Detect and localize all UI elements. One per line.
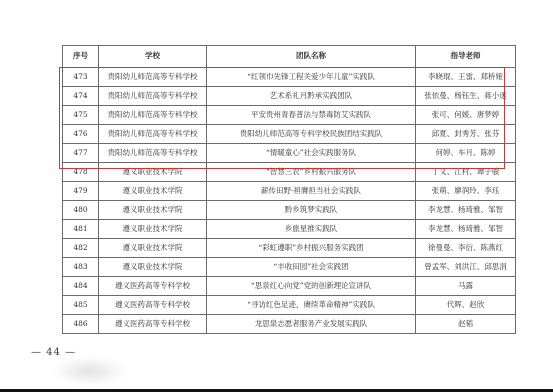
- cell-advisors: 徐曼曼、李衍、陈燕红: [416, 239, 516, 258]
- cell-team: “寻访红色足迹，赓续革命精神”实践队: [207, 296, 416, 315]
- cell-advisors: 马露: [416, 277, 516, 296]
- cell-number: 477: [63, 144, 99, 163]
- cell-team: 贵阳幼儿师范高等专科学校民族团结实践队: [207, 125, 416, 144]
- cell-advisors: 丁义、江村、谭子骏: [416, 163, 516, 182]
- cell-school: 遵义医药高等专科学校: [99, 315, 207, 334]
- table-row: 475 贵阳幼儿师范高等专科学校 平安贵州青春普法与禁毒防艾实践队 张可、何媛、…: [63, 106, 516, 125]
- cell-team: 黔乡筑梦实践队: [207, 201, 416, 220]
- cell-number: 476: [63, 125, 99, 144]
- cell-advisors: 张萌、廖润玲、李珏: [416, 182, 516, 201]
- cell-team: “智慧三农”乡村振兴服务队: [207, 163, 416, 182]
- cell-school: 遵义职业技术学院: [99, 201, 207, 220]
- table-row: 477 贵阳幼儿师范高等专科学校 “情暖童心”社会实践服务队 何婷、车月、陈婷: [63, 144, 516, 163]
- cell-school: 遵义医药高等专科学校: [99, 296, 207, 315]
- header-cell-number: 序号: [63, 46, 99, 68]
- cell-team: 薪传田野·袒膺担当社会实践队: [207, 182, 416, 201]
- cell-team: “情暖童心”社会实践服务队: [207, 144, 416, 163]
- teams-table: 序号 学校 团队名称 指导老师 473 贵阳幼儿师范高等专科学校 “红领巾先锋工…: [62, 45, 516, 334]
- cell-school: 遵义职业技术学院: [99, 239, 207, 258]
- cell-school: 遵义职业技术学院: [99, 182, 207, 201]
- cell-advisors: 李龙慧、杨琦雅、邹智: [416, 201, 516, 220]
- cell-advisors: 赵韬: [416, 315, 516, 334]
- cell-number: 484: [63, 277, 99, 296]
- cell-team: 艺术系礼月黔承实践团队: [207, 87, 416, 106]
- cell-school: 贵阳幼儿师范高等专科学校: [99, 68, 207, 87]
- cell-team: “丰收田园”社会实践团: [207, 258, 416, 277]
- cell-advisors: 何婷、车月、陈婷: [416, 144, 516, 163]
- header-cell-advisors: 指导老师: [416, 46, 516, 68]
- cell-number: 475: [63, 106, 99, 125]
- table-row: 479 遵义职业技术学院 薪传田野·袒膺担当社会实践队 张萌、廖润玲、李珏: [63, 182, 516, 201]
- cell-number: 483: [63, 258, 99, 277]
- table-row: 476 贵阳幼儿师范高等专科学校 贵阳幼儿师范高等专科学校民族团结实践队 邱夏、…: [63, 125, 516, 144]
- cell-school: 贵阳幼儿师范高等专科学校: [99, 106, 207, 125]
- cell-number: 478: [63, 163, 99, 182]
- cell-school: 贵阳幼儿师范高等专科学校: [99, 125, 207, 144]
- cell-number: 480: [63, 201, 99, 220]
- cell-number: 485: [63, 296, 99, 315]
- cell-school: 贵阳幼儿师范高等专科学校: [99, 144, 207, 163]
- cell-number: 473: [63, 68, 99, 87]
- cell-school: 遵义职业技术学院: [99, 258, 207, 277]
- cell-team: 平安贵州青春普法与禁毒防艾实践队: [207, 106, 416, 125]
- table-row: 485 遵义医药高等专科学校 “寻访红色足迹，赓续革命精神”实践队 代晖、赵欣: [63, 296, 516, 315]
- cell-team: 龙思泉志愿者服务产业发展实践队: [207, 315, 416, 334]
- cell-advisors: 邱夏、封秀芳、张芬: [416, 125, 516, 144]
- cell-school: 遵义职业技术学院: [99, 220, 207, 239]
- cell-number: 474: [63, 87, 99, 106]
- table-header-row: 序号 学校 团队名称 指导老师: [63, 46, 516, 68]
- table-row: 474 贵阳幼儿师范高等专科学校 艺术系礼月黔承实践团队 张依曼、杨钰生、蒋小迷: [63, 87, 516, 106]
- cell-number: 486: [63, 315, 99, 334]
- cell-team: “彩虹遵职”乡村振兴服务实践团: [207, 239, 416, 258]
- paper-smudge: [52, 356, 127, 386]
- header-cell-school: 学校: [99, 46, 207, 68]
- document-page: 序号 学校 团队名称 指导老师 473 贵阳幼儿师范高等专科学校 “红领巾先锋工…: [0, 0, 553, 392]
- cell-school: 遵义职业技术学院: [99, 163, 207, 182]
- cell-school: 遵义医药高等专科学校: [99, 277, 207, 296]
- table-row: 473 贵阳幼儿师范高等专科学校 “红领巾先锋工程关爱少年儿童”实践队 李晓琨、…: [63, 68, 516, 87]
- header-cell-team: 团队名称: [207, 46, 416, 68]
- table-row: 481 遵义职业技术学院 乡旅星推实践队 李龙慧、杨琦雅、邹智: [63, 220, 516, 239]
- cell-advisors: 李晓琨、王雷、郑桥娅: [416, 68, 516, 87]
- cell-advisors: 曾孟军、刘洪江、邱思涓: [416, 258, 516, 277]
- cell-team: 乡旅星推实践队: [207, 220, 416, 239]
- table-row: 478 遵义职业技术学院 “智慧三农”乡村振兴服务队 丁义、江村、谭子骏: [63, 163, 516, 182]
- cell-team: “思泉红心向党”党的创新理论宣讲队: [207, 277, 416, 296]
- cell-number: 481: [63, 220, 99, 239]
- table-row: 482 遵义职业技术学院 “彩虹遵职”乡村振兴服务实践团 徐曼曼、李衍、陈燕红: [63, 239, 516, 258]
- cell-advisors: 张依曼、杨钰生、蒋小迷: [416, 87, 516, 106]
- cell-number: 479: [63, 182, 99, 201]
- cell-team: “红领巾先锋工程关爱少年儿童”实践队: [207, 68, 416, 87]
- page-number: — 44 —: [31, 347, 76, 358]
- cell-advisors: 代晖、赵欣: [416, 296, 516, 315]
- cell-advisors: 张可、何媛、唐梦婷: [416, 106, 516, 125]
- table-row: 483 遵义职业技术学院 “丰收田园”社会实践团 曾孟军、刘洪江、邱思涓: [63, 258, 516, 277]
- cell-advisors: 李龙慧、杨琦雅、邹智: [416, 220, 516, 239]
- table-row: 484 遵义医药高等专科学校 “思泉红心向党”党的创新理论宣讲队 马露: [63, 277, 516, 296]
- cell-school: 贵阳幼儿师范高等专科学校: [99, 87, 207, 106]
- table-row: 486 遵义医药高等专科学校 龙思泉志愿者服务产业发展实践队 赵韬: [63, 315, 516, 334]
- table-body: 473 贵阳幼儿师范高等专科学校 “红领巾先锋工程关爱少年儿童”实践队 李晓琨、…: [63, 68, 516, 334]
- cell-number: 482: [63, 239, 99, 258]
- table-row: 480 遵义职业技术学院 黔乡筑梦实践队 李龙慧、杨琦雅、邹智: [63, 201, 516, 220]
